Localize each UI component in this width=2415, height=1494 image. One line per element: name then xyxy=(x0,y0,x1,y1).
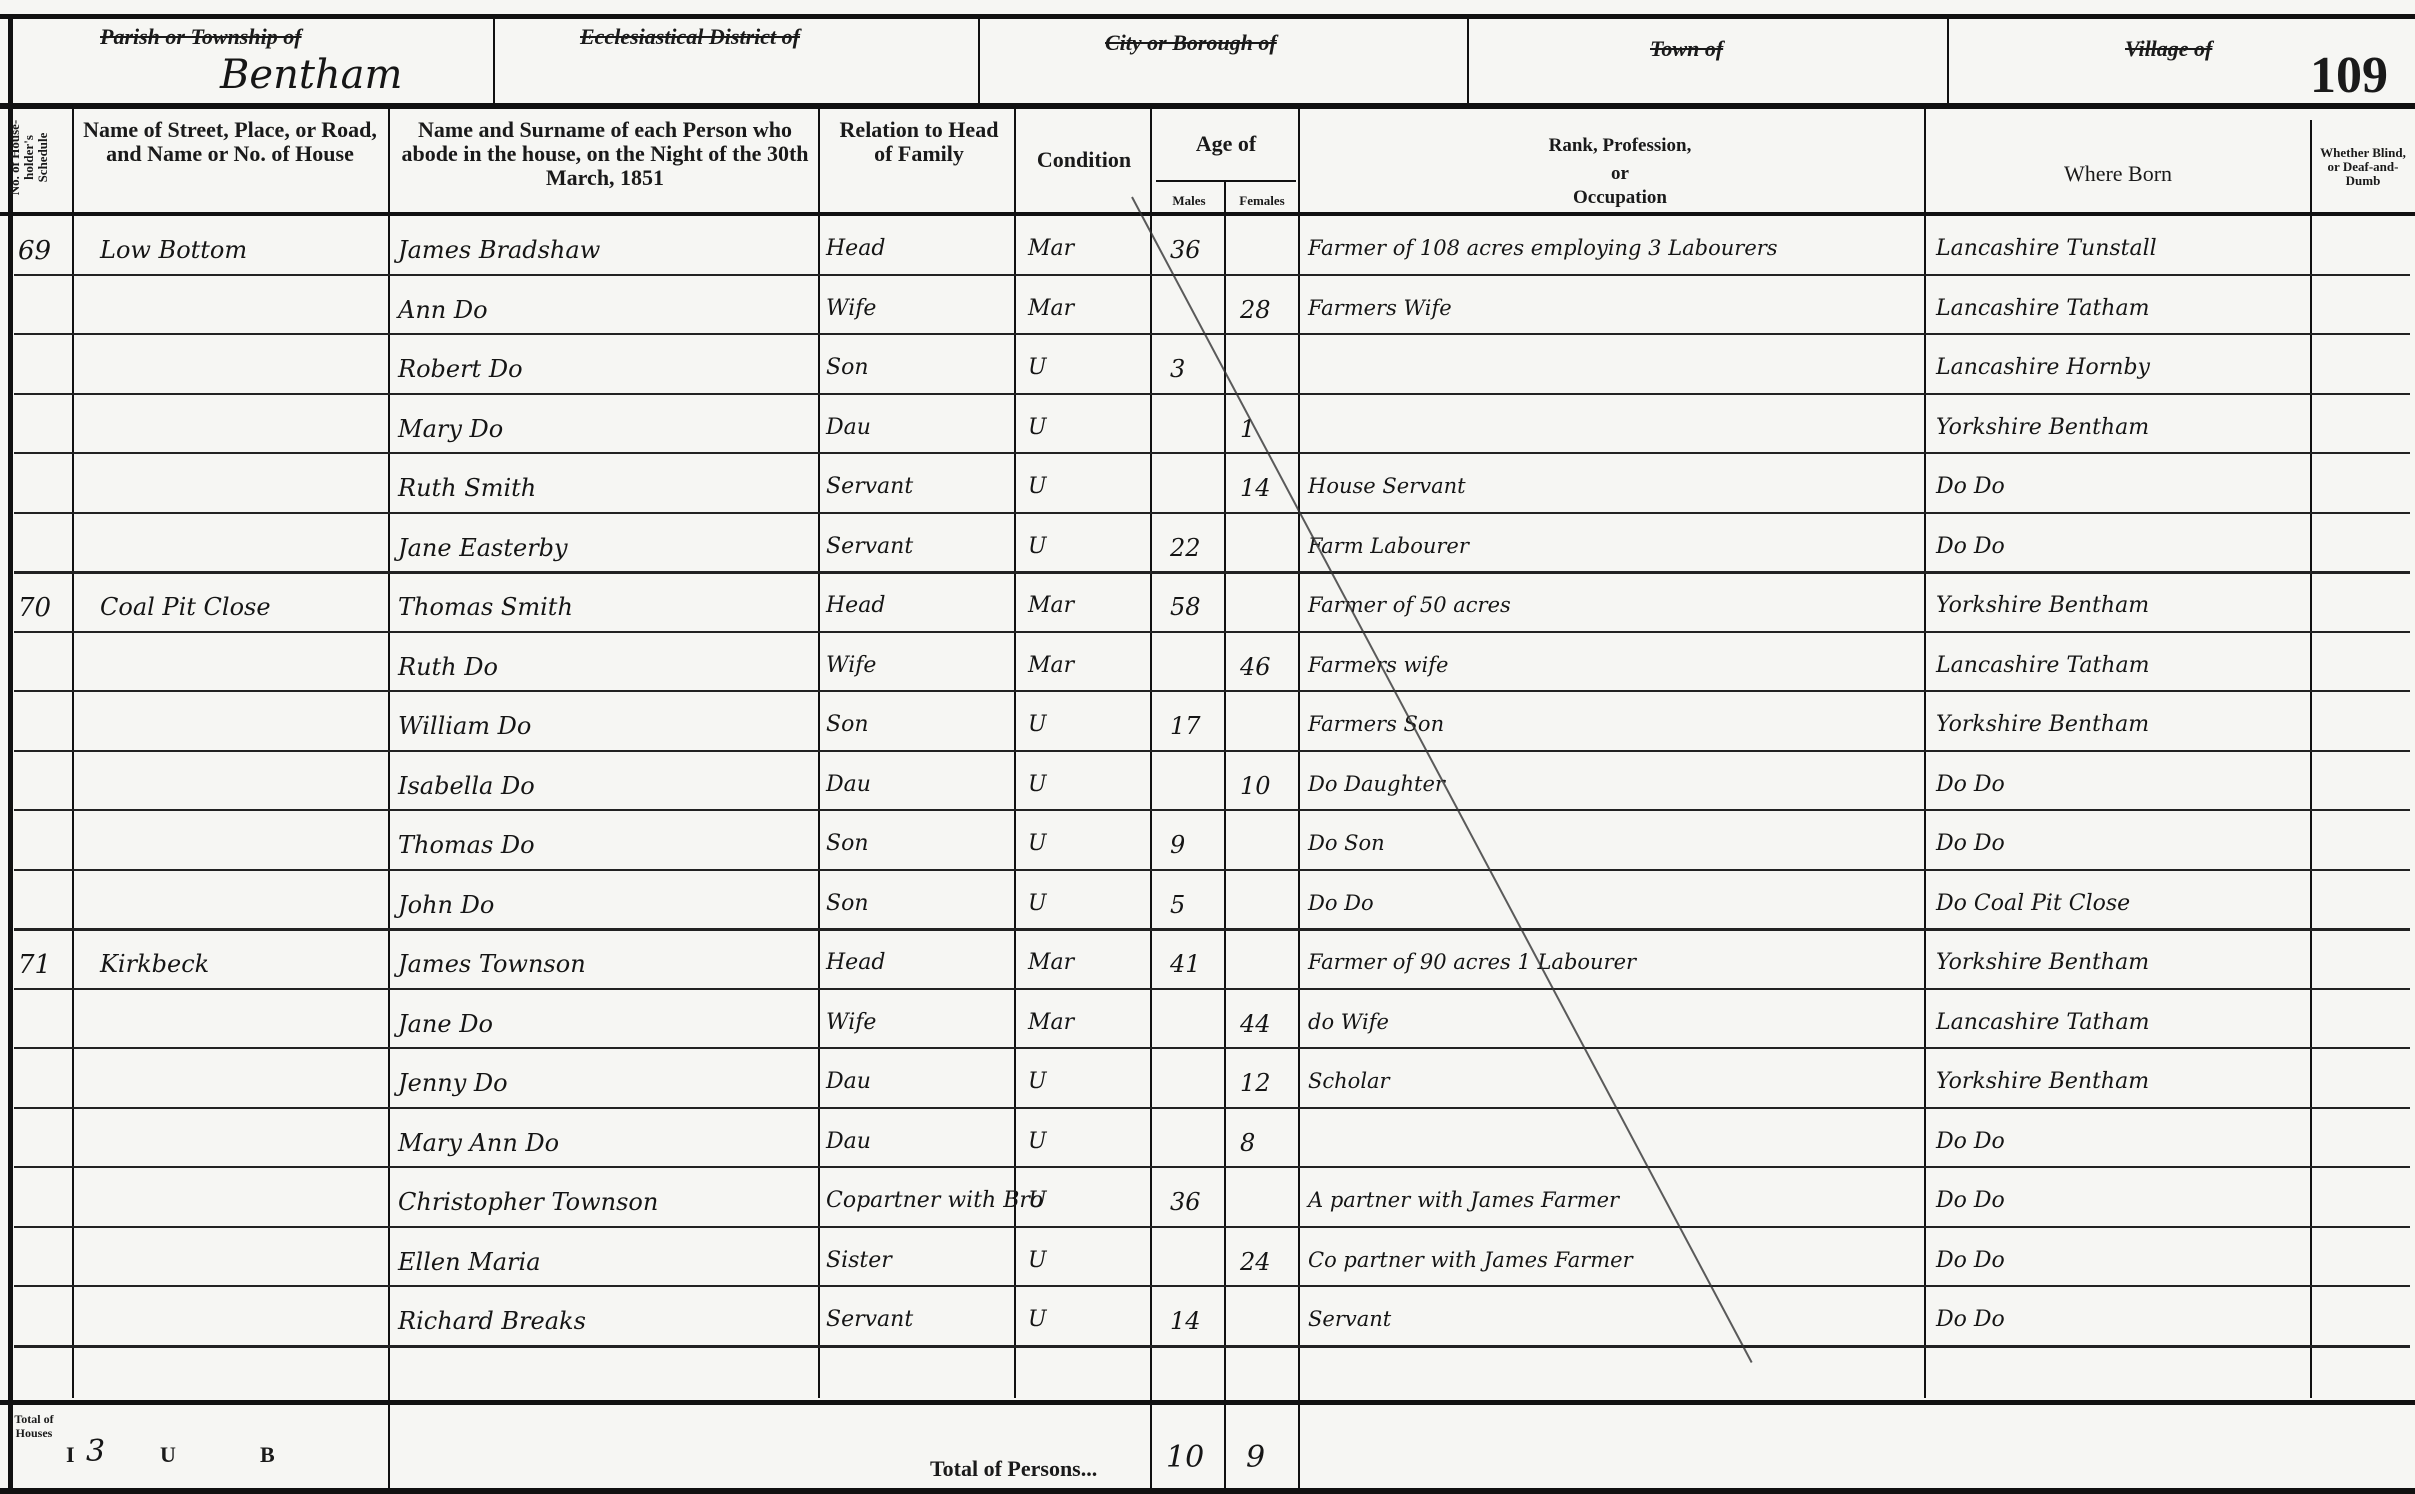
occupation: Farmer of 90 acres 1 Labourer xyxy=(1308,950,1636,974)
row-divider xyxy=(14,1285,2410,1287)
col-header-relation: Relation to Head of Family xyxy=(830,118,1008,166)
where-born: Do Do xyxy=(1936,1307,2005,1332)
occupation: Farmers wife xyxy=(1308,653,1448,677)
person-name: Robert Do xyxy=(398,355,523,383)
census-page: Parish or Township of Bentham Ecclesiast… xyxy=(0,0,2415,1494)
male-age: 3 xyxy=(1170,355,1185,383)
relation: Copartner with Bro xyxy=(826,1188,1043,1213)
condition: U xyxy=(1028,1069,1047,1094)
relation: Dau xyxy=(826,772,871,797)
row-divider xyxy=(14,512,2410,514)
total-males: 10 xyxy=(1166,1440,1204,1475)
where-born: Lancashire Tunstall xyxy=(1936,236,2157,261)
row-divider xyxy=(14,1166,2410,1168)
condition: Mar xyxy=(1028,296,1074,321)
person-name: Christopher Townson xyxy=(398,1188,658,1216)
female-age: 14 xyxy=(1240,474,1271,502)
condition: U xyxy=(1028,831,1047,856)
condition: Mar xyxy=(1028,950,1074,975)
row-divider xyxy=(14,1226,2410,1228)
female-age: 12 xyxy=(1240,1069,1271,1097)
female-age: 10 xyxy=(1240,772,1271,800)
age-subheader-line xyxy=(1156,180,1296,182)
building-prefix: B xyxy=(260,1442,275,1468)
condition: Mar xyxy=(1028,236,1074,261)
bottom-border xyxy=(0,1488,2415,1494)
person-name: Mary Ann Do xyxy=(398,1129,559,1157)
relation: Son xyxy=(826,355,869,380)
column-header-bottom xyxy=(0,212,2415,216)
uninhabited-prefix: U xyxy=(160,1442,176,1468)
condition: U xyxy=(1028,1188,1047,1213)
person-name: Ellen Maria xyxy=(398,1248,541,1276)
condition: U xyxy=(1028,891,1047,916)
male-age: 36 xyxy=(1170,1188,1201,1216)
col-sep-occupation xyxy=(1924,108,1926,1398)
header-divider xyxy=(0,103,2415,109)
person-name: Richard Breaks xyxy=(398,1307,586,1335)
schedule-number: 71 xyxy=(18,950,51,980)
where-born: Do Do xyxy=(1936,474,2005,499)
row-divider xyxy=(14,1047,2410,1049)
col-header-females: Females xyxy=(1228,194,1296,208)
village-label: Village of xyxy=(2125,36,2212,62)
female-age: 24 xyxy=(1240,1248,1271,1276)
person-name: Jenny Do xyxy=(398,1069,508,1097)
where-born: Do Do xyxy=(1936,1129,2005,1154)
row-divider xyxy=(14,333,2410,335)
where-born: Do Do xyxy=(1936,831,2005,856)
row-divider xyxy=(14,690,2410,692)
where-born: Do Do xyxy=(1936,534,2005,559)
condition: U xyxy=(1028,474,1047,499)
household-divider xyxy=(14,1345,2410,1348)
person-name: Ruth Smith xyxy=(398,474,536,502)
where-born: Lancashire Tatham xyxy=(1936,1010,2149,1035)
occupation: Farmer of 50 acres xyxy=(1308,593,1511,617)
where-born: Yorkshire Bentham xyxy=(1936,712,2149,737)
col-sep-schedule xyxy=(72,108,74,1398)
person-name: William Do xyxy=(398,712,531,740)
person-name: Thomas Smith xyxy=(398,593,573,621)
condition: U xyxy=(1028,1248,1047,1273)
relation: Servant xyxy=(826,1307,913,1332)
occupation: Co partner with James Farmer xyxy=(1308,1248,1633,1272)
footer-divider xyxy=(0,1400,2415,1405)
col-sep-born xyxy=(2310,120,2312,1398)
occupation: Servant xyxy=(1308,1307,1391,1331)
condition: U xyxy=(1028,534,1047,559)
where-born: Lancashire Tatham xyxy=(1936,653,2149,678)
person-name: Ruth Do xyxy=(398,653,498,681)
occupation: do Wife xyxy=(1308,1010,1389,1034)
col-header-occupation-2: or xyxy=(1520,162,1720,186)
person-name: Jane Do xyxy=(398,1010,493,1038)
row-divider xyxy=(14,809,2410,811)
household-divider xyxy=(14,571,2410,574)
parish-label: Parish or Township of xyxy=(100,24,302,50)
condition: U xyxy=(1028,355,1047,380)
relation: Son xyxy=(826,712,869,737)
female-age: 28 xyxy=(1240,296,1271,324)
occupation: Farmers Wife xyxy=(1308,296,1452,320)
row-divider xyxy=(14,631,2410,633)
female-age: 44 xyxy=(1240,1010,1271,1038)
relation: Servant xyxy=(826,474,913,499)
row-divider xyxy=(14,1107,2410,1109)
occupation: House Servant xyxy=(1308,474,1466,498)
relation: Head xyxy=(826,593,885,618)
occupation: Farm Labourer xyxy=(1308,534,1469,558)
person-name: Jane Easterby xyxy=(398,534,568,562)
person-name: James Bradshaw xyxy=(398,236,600,264)
inhabited-count: 3 xyxy=(86,1434,105,1469)
where-born: Lancashire Tatham xyxy=(1936,296,2149,321)
female-age: 8 xyxy=(1240,1129,1255,1157)
condition: U xyxy=(1028,712,1047,737)
relation: Son xyxy=(826,831,869,856)
col-header-condition: Condition xyxy=(1020,148,1148,172)
where-born: Lancashire Hornby xyxy=(1936,355,2150,380)
schedule-number: 70 xyxy=(18,593,51,623)
occupation: A partner with James Farmer xyxy=(1308,1188,1619,1212)
col-header-schedule: No. of House-holder's Schedule xyxy=(8,110,50,205)
male-age: 17 xyxy=(1170,712,1201,740)
where-born: Do Coal Pit Close xyxy=(1936,891,2130,916)
col-sep-name xyxy=(818,108,820,1398)
condition: U xyxy=(1028,415,1047,440)
where-born: Yorkshire Bentham xyxy=(1936,1069,2149,1094)
left-border xyxy=(8,14,13,1494)
col-header-age: Age of xyxy=(1156,132,1296,156)
relation: Head xyxy=(826,950,885,975)
col-header-street: Name of Street, Place, or Road, and Name… xyxy=(80,118,380,166)
condition: Mar xyxy=(1028,1010,1074,1035)
male-age: 5 xyxy=(1170,891,1185,919)
street-name: Coal Pit Close xyxy=(100,593,271,621)
relation: Wife xyxy=(826,653,876,678)
col-header-occupation-1: Rank, Profession, xyxy=(1520,134,1720,158)
relation: Dau xyxy=(826,1129,871,1154)
ecclesiastical-label: Ecclesiastical District of xyxy=(580,24,800,50)
col-header-males: Males xyxy=(1156,194,1222,208)
relation: Head xyxy=(826,236,885,261)
person-name: Isabella Do xyxy=(398,772,535,800)
relation: Wife xyxy=(826,296,876,321)
row-divider xyxy=(14,750,2410,752)
relation: Wife xyxy=(826,1010,876,1035)
person-name: Ann Do xyxy=(398,296,488,324)
row-divider xyxy=(14,988,2410,990)
schedule-number: 69 xyxy=(18,236,51,266)
relation: Dau xyxy=(826,1069,871,1094)
female-age: 46 xyxy=(1240,653,1271,681)
where-born: Yorkshire Bentham xyxy=(1936,950,2149,975)
condition: U xyxy=(1028,772,1047,797)
occupation: Scholar xyxy=(1308,1069,1390,1093)
row-divider xyxy=(14,869,2410,871)
col-header-occupation-3: Occupation xyxy=(1520,186,1720,210)
total-persons-label: Total of Persons... xyxy=(930,1456,1097,1482)
occupation: Do Daughter xyxy=(1308,772,1445,796)
household-divider xyxy=(14,928,2410,931)
male-age: 58 xyxy=(1170,593,1201,621)
occupation: Do Son xyxy=(1308,831,1385,855)
header-sep-3 xyxy=(1467,18,1469,106)
occupation: Farmer of 108 acres employing 3 Labourer… xyxy=(1308,236,1778,260)
row-divider xyxy=(14,393,2410,395)
condition: Mar xyxy=(1028,593,1074,618)
total-females: 9 xyxy=(1246,1440,1265,1475)
relation: Dau xyxy=(826,415,871,440)
col-header-where-born: Where Born xyxy=(1930,162,2306,186)
page-number: 109 xyxy=(2310,46,2388,105)
relation: Son xyxy=(826,891,869,916)
male-age: 9 xyxy=(1170,831,1185,859)
header-sep-2 xyxy=(978,18,980,106)
total-houses-label: Total of Houses xyxy=(10,1412,58,1440)
top-border xyxy=(0,14,2415,19)
row-divider xyxy=(14,274,2410,276)
person-name: Mary Do xyxy=(398,415,503,443)
relation: Sister xyxy=(826,1248,892,1273)
person-name: John Do xyxy=(398,891,494,919)
where-born: Yorkshire Bentham xyxy=(1936,593,2149,618)
header-sep-4 xyxy=(1947,18,1949,106)
condition: Mar xyxy=(1028,653,1074,678)
occupation: Farmers Son xyxy=(1308,712,1444,736)
condition: U xyxy=(1028,1129,1047,1154)
where-born: Do Do xyxy=(1936,1188,2005,1213)
male-age: 41 xyxy=(1170,950,1201,978)
occupation: Do Do xyxy=(1308,891,1374,915)
row-divider xyxy=(14,452,2410,454)
male-age: 22 xyxy=(1170,534,1201,562)
where-born: Do Do xyxy=(1936,772,2005,797)
inhabited-prefix: I xyxy=(66,1442,75,1468)
parish-value: Bentham xyxy=(220,52,402,98)
town-label: Town of xyxy=(1650,36,1723,62)
male-age: 14 xyxy=(1170,1307,1201,1335)
col-header-blind: Whether Blind, or Deaf-and-Dumb xyxy=(2318,146,2408,188)
person-name: Thomas Do xyxy=(398,831,535,859)
street-name: Kirkbeck xyxy=(100,950,209,978)
col-header-name: Name and Surname of each Person who abod… xyxy=(398,118,812,190)
street-name: Low Bottom xyxy=(100,236,247,264)
header-sep-1 xyxy=(493,18,495,106)
where-born: Do Do xyxy=(1936,1248,2005,1273)
where-born: Yorkshire Bentham xyxy=(1936,415,2149,440)
condition: U xyxy=(1028,1307,1047,1332)
city-label: City or Borough of xyxy=(1105,30,1277,56)
person-name: James Townson xyxy=(398,950,586,978)
male-age: 36 xyxy=(1170,236,1201,264)
relation: Servant xyxy=(826,534,913,559)
